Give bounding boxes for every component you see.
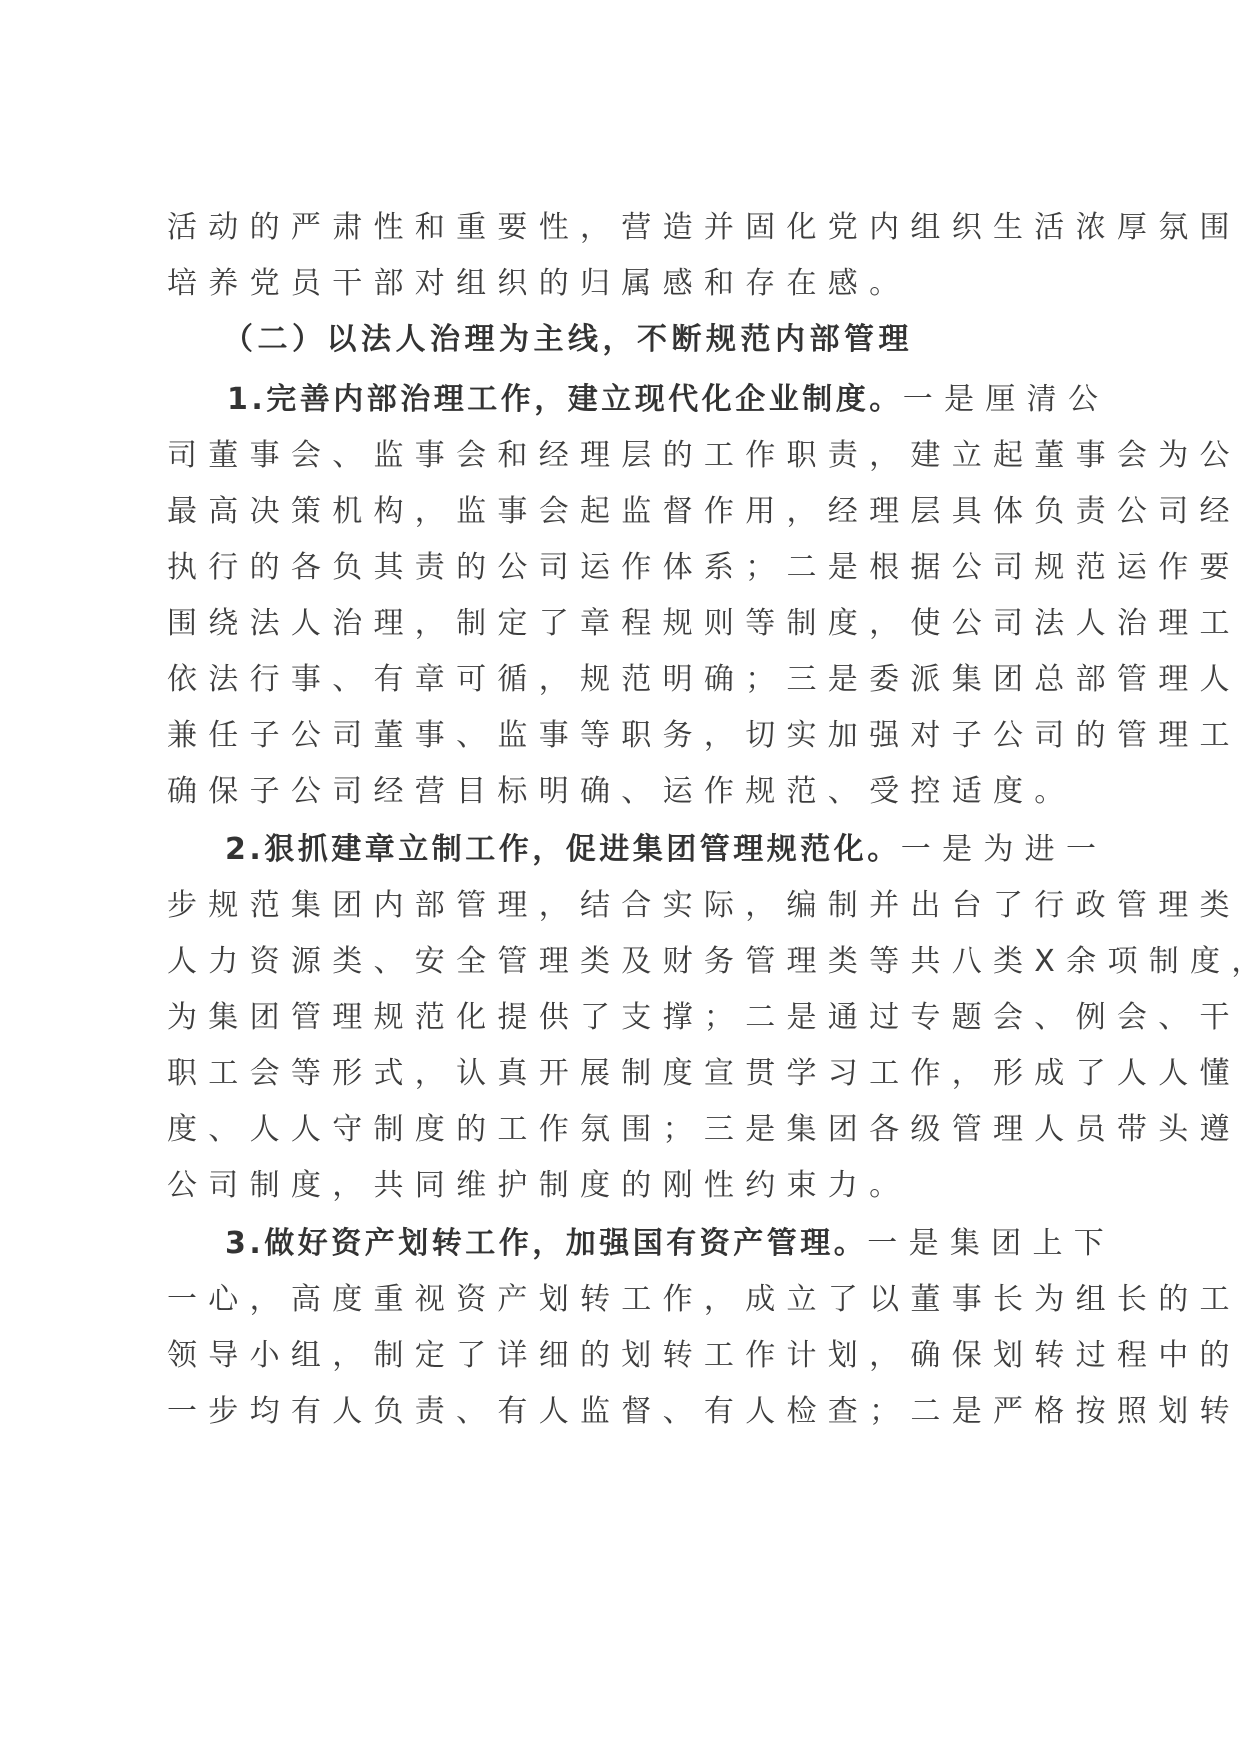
body-line: 领导小组，制定了详细的划转工作计划，确保划转过程中的每 bbox=[167, 1328, 1087, 1384]
body-line: 执行的各负其责的公司运作体系；二是根据公司规范运作要求， bbox=[167, 540, 1087, 596]
paragraph-first-line: 3.做好资产划转工作，加强国有资产管理。一是集团上下 bbox=[167, 1216, 1145, 1272]
item-text: 一是厘清公 bbox=[903, 382, 1110, 417]
body-line: 一步均有人负责、有人监督、有人检查；二是严格按照划转计 bbox=[167, 1384, 1087, 1440]
body-line: 依法行事、有章可循，规范明确；三是委派集团总部管理人员 bbox=[167, 652, 1087, 708]
body-line: 人力资源类、安全管理类及财务管理类等共八类X余项制度， bbox=[167, 934, 1087, 990]
body-line: 活动的严肃性和重要性，营造并固化党内组织生活浓厚氛围， bbox=[167, 200, 1087, 256]
paragraph-first-line: 1.完善内部治理工作，建立现代化企业制度。一是厘清公 bbox=[167, 372, 1147, 428]
body-line: 围绕法人治理，制定了章程规则等制度，使公司法人治理工作 bbox=[167, 596, 1087, 652]
body-line: 职工会等形式，认真开展制度宣贯学习工作，形成了人人懂制 bbox=[167, 1046, 1087, 1102]
item-text: 一是集团上下 bbox=[867, 1226, 1115, 1261]
paragraph-first-line: 2.狠抓建章立制工作，促进集团管理规范化。一是为进一 bbox=[167, 822, 1145, 878]
body-line: 确保子公司经营目标明确、运作规范、受控适度。 bbox=[167, 764, 1087, 820]
body-line: 度、人人守制度的工作氛围；三是集团各级管理人员带头遵守 bbox=[167, 1102, 1087, 1158]
body-line: 一心，高度重视资产划转工作，成立了以董事长为组长的工作 bbox=[167, 1272, 1087, 1328]
item-title: 3.做好资产划转工作，加强国有资产管理。 bbox=[225, 1226, 867, 1261]
item-title: 2.狠抓建章立制工作，促进集团管理规范化。 bbox=[225, 832, 901, 867]
body-line: 培养党员干部对组织的归属感和存在感。 bbox=[167, 256, 1087, 312]
body-line: 司董事会、监事会和经理层的工作职责，建立起董事会为公司 bbox=[167, 428, 1087, 484]
body-line: 步规范集团内部管理，结合实际，编制并出台了行政管理类、 bbox=[167, 878, 1087, 934]
section-heading: （二）以法人治理为主线，不断规范内部管理 bbox=[167, 312, 1143, 368]
body-line: 为集团管理规范化提供了支撑；二是通过专题会、例会、干部 bbox=[167, 990, 1087, 1046]
body-line: 公司制度，共同维护制度的刚性约束力。 bbox=[167, 1158, 1087, 1214]
item-title: 1.完善内部治理工作，建立现代化企业制度。 bbox=[227, 382, 903, 417]
item-text: 一是为进一 bbox=[901, 832, 1108, 867]
body-line: 最高决策机构，监事会起监督作用，经理层具体负责公司经营 bbox=[167, 484, 1087, 540]
body-line: 兼任子公司董事、监事等职务，切实加强对子公司的管理工作， bbox=[167, 708, 1087, 764]
